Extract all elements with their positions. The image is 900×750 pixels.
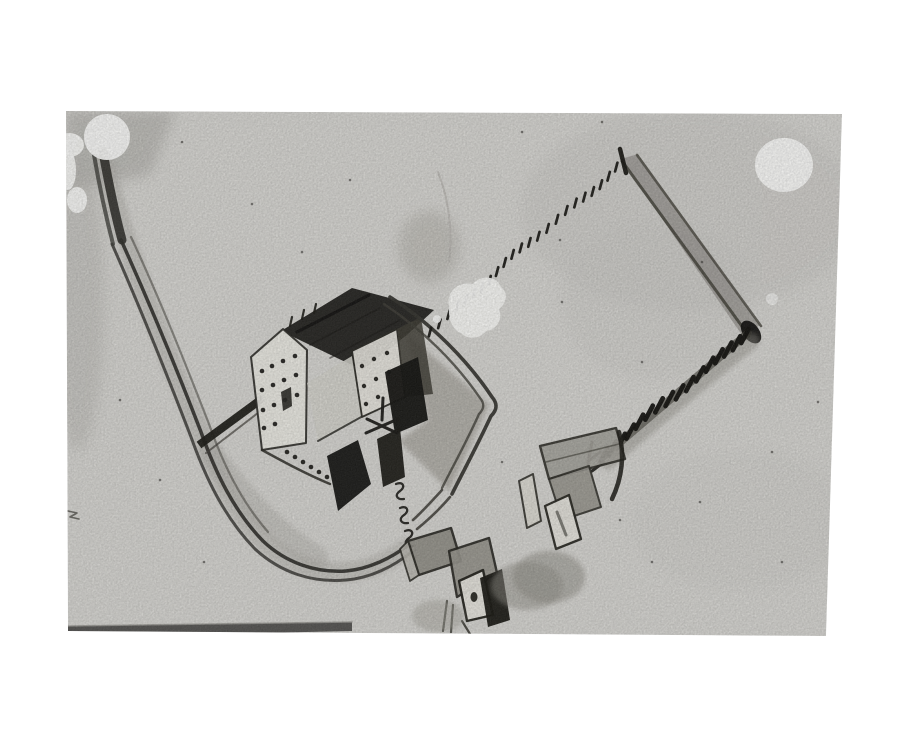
film-grain-light: [60, 105, 850, 645]
slide-background: [0, 0, 900, 750]
photo-content-group: [52, 105, 860, 645]
archival-photograph: [0, 0, 900, 750]
